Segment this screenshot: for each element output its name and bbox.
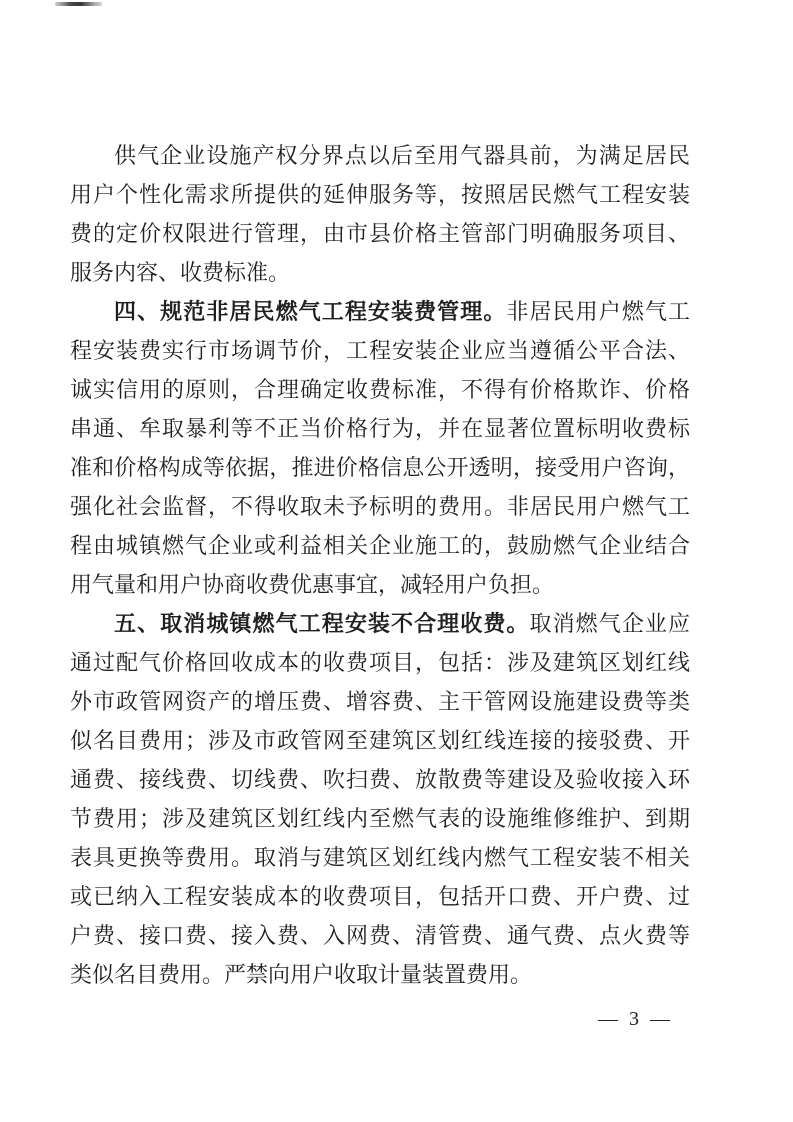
body-text: 供气企业设施产权分界点以后至用气器具前，为满足居民 xyxy=(114,143,690,168)
body-text: 似名目费用；涉及市政管网至建筑区划红线连接的接驳费、开 xyxy=(70,728,690,753)
page-number: — 3 — xyxy=(598,1008,673,1031)
text-line: 准和价格构成等依据，推进价格信息公开透明，接受用户咨询， xyxy=(70,448,690,487)
body-text: 服务内容、收费标准。 xyxy=(70,260,290,285)
document-page: 供气企业设施产权分界点以后至用气器具前，为满足居民 用户个性化需求所提供的延伸服… xyxy=(0,0,793,1122)
text-line: 程由城镇燃气企业或利益相关企业施工的，鼓励燃气企业结合 xyxy=(70,526,690,565)
body-text: 程由城镇燃气企业或利益相关企业施工的，鼓励燃气企业结合 xyxy=(70,533,690,558)
body-text: 用户个性化需求所提供的延伸服务等，按照居民燃气工程安装 xyxy=(70,182,690,207)
text-line: 五、取消城镇燃气工程安装不合理收费。取消燃气企业应 xyxy=(70,604,690,643)
body-text: 取消燃气企业应 xyxy=(529,611,690,636)
text-line: 程安装费实行市场调节价，工程安装企业应当遵循公平合法、 xyxy=(70,331,690,370)
text-line: 供气企业设施产权分界点以后至用气器具前，为满足居民 xyxy=(70,136,690,175)
text-line: 似名目费用；涉及市政管网至建筑区划红线连接的接驳费、开 xyxy=(70,721,690,760)
text-line: 户费、接口费、接入费、入网费、清管费、通气费、点火费等 xyxy=(70,916,690,955)
body-text: 表具更换等费用。取消与建筑区划红线内燃气工程安装不相关 xyxy=(70,845,690,870)
body-text: 外市政管网资产的增压费、增容费、主干管网设施建设费等类 xyxy=(70,689,690,714)
body-text: 户费、接口费、接入费、入网费、清管费、通气费、点火费等 xyxy=(70,923,690,948)
text-line: 串通、牟取暴利等不正当价格行为，并在显著位置标明收费标 xyxy=(70,409,690,448)
body-text: 串通、牟取暴利等不正当价格行为，并在显著位置标明收费标 xyxy=(70,416,690,441)
text-line: 诚实信用的原则，合理确定收费标准，不得有价格欺诈、价格 xyxy=(70,370,690,409)
text-line: 或已纳入工程安装成本的收费项目，包括开口费、开户费、过 xyxy=(70,877,690,916)
body-text: 非居民用户燃气工 xyxy=(506,299,690,324)
text-line: 强化社会监督，不得收取未予标明的费用。非居民用户燃气工 xyxy=(70,487,690,526)
body-text: 准和价格构成等依据，推进价格信息公开透明，接受用户咨询， xyxy=(70,455,690,480)
text-line: 通费、接线费、切线费、吹扫费、放散费等建设及验收接入环 xyxy=(70,760,690,799)
scan-artifact xyxy=(55,2,102,6)
heading-text: 四、规范非居民燃气工程安装费管理。 xyxy=(114,299,506,324)
body-text: 通费、接线费、切线费、吹扫费、放散费等建设及验收接入环 xyxy=(70,767,690,792)
text-line: 服务内容、收费标准。 xyxy=(70,253,690,292)
body-text: 费的定价权限进行管理，由市县价格主管部门明确服务项目、 xyxy=(70,221,690,246)
text-line: 表具更换等费用。取消与建筑区划红线内燃气工程安装不相关 xyxy=(70,838,690,877)
body-text: 节费用；涉及建筑区划红线内至燃气表的设施维修维护、到期 xyxy=(70,806,690,831)
text-line: 四、规范非居民燃气工程安装费管理。非居民用户燃气工 xyxy=(70,292,690,331)
body-text: 程安装费实行市场调节价，工程安装企业应当遵循公平合法、 xyxy=(70,338,690,363)
text-line: 费的定价权限进行管理，由市县价格主管部门明确服务项目、 xyxy=(70,214,690,253)
body-text: 用气量和用户协商收费优惠事宜，减轻用户负担。 xyxy=(70,572,554,597)
document-body: 供气企业设施产权分界点以后至用气器具前，为满足居民 用户个性化需求所提供的延伸服… xyxy=(70,136,690,994)
text-line: 用户个性化需求所提供的延伸服务等，按照居民燃气工程安装 xyxy=(70,175,690,214)
body-text: 诚实信用的原则，合理确定收费标准，不得有价格欺诈、价格 xyxy=(70,377,690,402)
text-line: 节费用；涉及建筑区划红线内至燃气表的设施维修维护、到期 xyxy=(70,799,690,838)
text-line: 通过配气价格回收成本的收费项目，包括：涉及建筑区划红线 xyxy=(70,643,690,682)
text-line: 类似名目费用。严禁向用户收取计量装置费用。 xyxy=(70,955,690,994)
heading-text: 五、取消城镇燃气工程安装不合理收费。 xyxy=(114,611,529,636)
text-line: 外市政管网资产的增压费、增容费、主干管网设施建设费等类 xyxy=(70,682,690,721)
text-line: 用气量和用户协商收费优惠事宜，减轻用户负担。 xyxy=(70,565,690,604)
body-text: 通过配气价格回收成本的收费项目，包括：涉及建筑区划红线 xyxy=(70,650,690,675)
body-text: 强化社会监督，不得收取未予标明的费用。非居民用户燃气工 xyxy=(70,494,690,519)
body-text: 或已纳入工程安装成本的收费项目，包括开口费、开户费、过 xyxy=(70,884,690,909)
body-text: 类似名目费用。严禁向用户收取计量装置费用。 xyxy=(70,962,532,987)
